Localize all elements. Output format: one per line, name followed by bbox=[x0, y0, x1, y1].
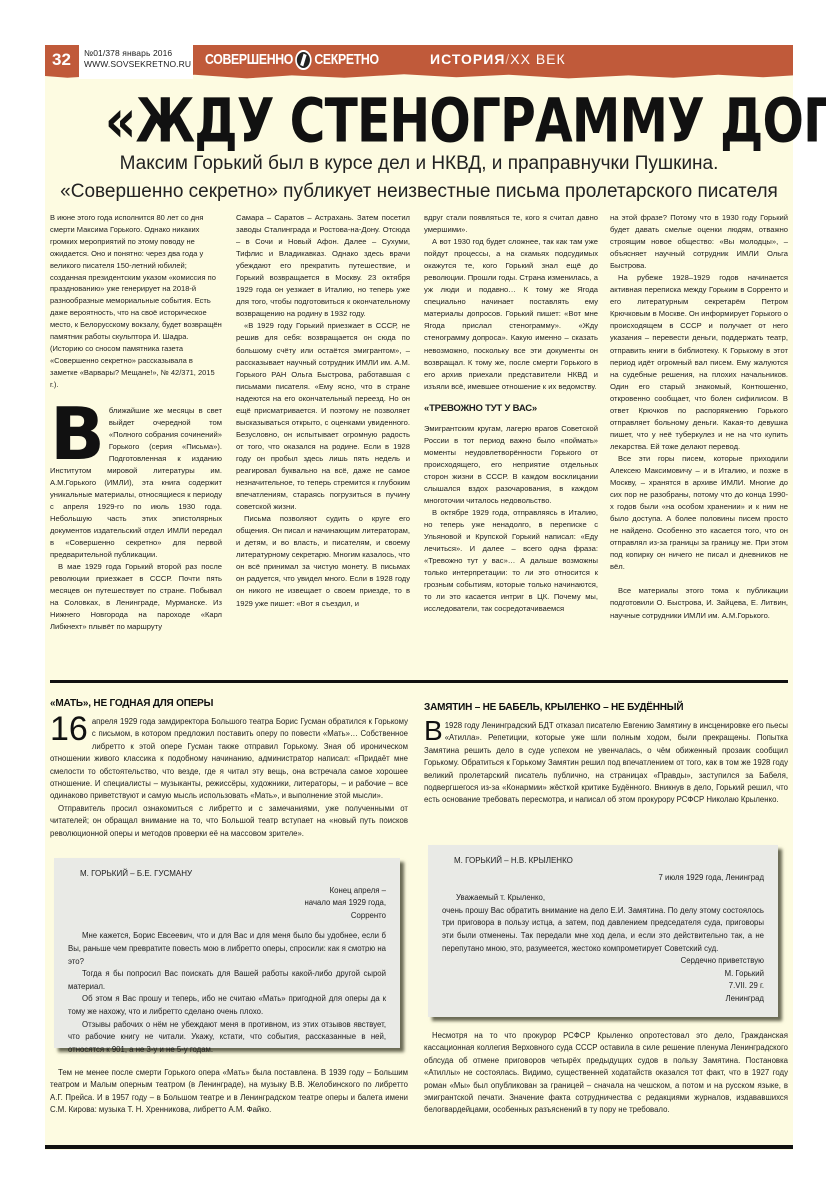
article-subtitle: Максим Горький был в курсе дел и НКВД, и… bbox=[45, 150, 793, 206]
sidebar-left-p3: Тем не менее после смерти Горького опера… bbox=[50, 1067, 408, 1117]
letter-sign-2: М. Горький bbox=[442, 968, 764, 981]
col1-paragraph-2: В мае 1929 года Горький второй раз после… bbox=[50, 561, 222, 633]
letter-sign-4: Ленинград bbox=[442, 993, 764, 1006]
letter-sign-1: Сердечно приветствую bbox=[442, 955, 764, 968]
rubric-main: ИСТОРИЯ bbox=[430, 51, 505, 67]
dropnum: 16 bbox=[50, 716, 88, 742]
issue-number: №01/378 январь 2016 bbox=[84, 48, 193, 59]
sidebar-left-heading: «МАТЬ», НЕ ГОДНАЯ ДЛЯ ОПЕРЫ bbox=[50, 698, 213, 709]
header-band: 32 №01/378 январь 2016 WWW.SOVSEKRETNO.R… bbox=[45, 45, 793, 74]
letter-date-2: начало мая 1929 года, bbox=[68, 897, 386, 910]
dropcap-b: В bbox=[424, 720, 443, 742]
letter-date: 7 июля 1929 года, Ленинград bbox=[442, 872, 764, 885]
subtitle-line-2: «Совершенно секретно» публикует неизвест… bbox=[45, 178, 793, 206]
letter-p2: Тогда я бы попросил Вас поискать для Ваш… bbox=[68, 968, 386, 993]
letter-p4: Отзывы рабочих о нём не убеждают меня в … bbox=[68, 1019, 386, 1057]
column-2: Самара – Саратов – Астрахань. Затем посе… bbox=[236, 212, 410, 610]
col4-credits: Все материалы этого тома к публикации по… bbox=[610, 585, 788, 621]
letter-sign-3: 7.VII. 29 г. bbox=[442, 980, 764, 993]
letter-greeting: Уважаемый т. Крыленко, bbox=[442, 892, 764, 905]
brand-logo[interactable]: СОВЕРШЕННО СЕКРЕТНО bbox=[205, 45, 379, 74]
letter-place: Сорренто bbox=[68, 910, 386, 923]
col3-paragraph-2: А вот 1930 год будет сложнее, так как та… bbox=[424, 236, 598, 393]
letter-title: М. ГОРЬКИЙ – Б.Е. ГУСМАНУ bbox=[68, 868, 386, 881]
sidebar-right-p1: В1928 году Ленинградский БДТ отказал пис… bbox=[424, 720, 788, 807]
col4-paragraph-3: Все эти горы писем, которые приходили Ал… bbox=[610, 453, 788, 573]
bottom-rule bbox=[45, 1145, 793, 1149]
sidebar-right-heading: ЗАМЯТИН – НЕ БАБЕЛЬ, КРЫЛЕНКО – НЕ БУДЁН… bbox=[424, 702, 683, 713]
article-title: «ЖДУ СТЕНОГРАММУ ДОПРОСА» bbox=[105, 88, 733, 153]
globe-logo-icon bbox=[296, 50, 312, 70]
sidebar-right-intro: В1928 году Ленинградский БДТ отказал пис… bbox=[424, 720, 788, 807]
rubric-sub: XX ВЕК bbox=[510, 51, 565, 67]
col3-paragraph-1: вдруг стали появляться те, кого я считал… bbox=[424, 212, 598, 236]
letter-body: очень прошу Вас обратить внимание на дел… bbox=[442, 905, 764, 955]
sidebar-left-p2: Отправитель просил ознакомиться с либрет… bbox=[50, 803, 408, 840]
letter-p1: Мне кажется, Борис Евсеевич, что и для В… bbox=[68, 930, 386, 968]
brand-right: СЕКРЕТНО bbox=[314, 51, 378, 68]
col1-paragraph-1: Вближайшие же месяцы в свет выйдет очере… bbox=[50, 405, 222, 562]
sidebar-left-p1: 16апреля 1929 года замдиректора Большого… bbox=[50, 716, 408, 803]
issue-info: №01/378 январь 2016 WWW.SOVSEKRETNO.RU bbox=[79, 45, 193, 79]
col2-paragraph-1: Самара – Саратов – Астрахань. Затем посе… bbox=[236, 212, 410, 320]
website-link[interactable]: WWW.SOVSEKRETNO.RU bbox=[84, 59, 193, 70]
column-3: вдруг стали появляться те, кого я считал… bbox=[424, 212, 598, 616]
letter-p3: Об этом я Вас прошу и теперь, ибо не счи… bbox=[68, 993, 386, 1018]
subheading-trevozhno: «ТРЕВОЖНО ТУТ У ВАС» bbox=[424, 403, 598, 415]
col3-paragraph-4: В октябре 1929 года, отправляясь в Итали… bbox=[424, 507, 598, 615]
col4-paragraph-1: на этой фразе? Потому что в 1930 году Го… bbox=[610, 212, 788, 272]
rubric: ИСТОРИЯ/XX ВЕК bbox=[430, 45, 566, 74]
col3-paragraph-3: Эмигрантским кругам, лагерю врагов Совет… bbox=[424, 423, 598, 507]
column-4: на этой фразе? Потому что в 1930 году Го… bbox=[610, 212, 788, 622]
letter-title: М. ГОРЬКИЙ – Н.В. КРЫЛЕНКО bbox=[442, 855, 764, 868]
col4-paragraph-2: На рубеже 1928–1929 годов начинается акт… bbox=[610, 272, 788, 453]
subtitle-line-1: Максим Горький был в курсе дел и НКВД, и… bbox=[45, 150, 793, 178]
letter-krylenko: М. ГОРЬКИЙ – Н.В. КРЫЛЕНКО 7 июля 1929 г… bbox=[428, 845, 778, 1017]
col2-paragraph-2: «В 1929 году Горький приезжает в СССР, н… bbox=[236, 320, 410, 513]
sidebar-left-intro: 16апреля 1929 года замдиректора Большого… bbox=[50, 716, 408, 840]
page-number: 32 bbox=[45, 45, 78, 74]
sidebar-left-outro: Тем не менее после смерти Горького опера… bbox=[50, 1067, 408, 1117]
column-1: В июне этого года исполнится 80 лет со д… bbox=[50, 212, 222, 633]
col2-paragraph-3: Письма позволяют судить о круге его обще… bbox=[236, 513, 410, 609]
brand-left: СОВЕРШЕННО bbox=[205, 51, 293, 68]
letter-date-1: Конец апреля – bbox=[68, 885, 386, 898]
sidebar-right-p2: Несмотря на то что прокурор РСФСР Крылен… bbox=[424, 1030, 788, 1117]
lead-paragraph: В июне этого года исполнится 80 лет со д… bbox=[50, 212, 222, 391]
section-divider bbox=[50, 680, 788, 683]
dropcap: В bbox=[50, 405, 105, 463]
sidebar-right-outro: Несмотря на то что прокурор РСФСР Крылен… bbox=[424, 1030, 788, 1117]
letter-gusman: М. ГОРЬКИЙ – Б.Е. ГУСМАНУ Конец апреля –… bbox=[54, 858, 400, 1048]
